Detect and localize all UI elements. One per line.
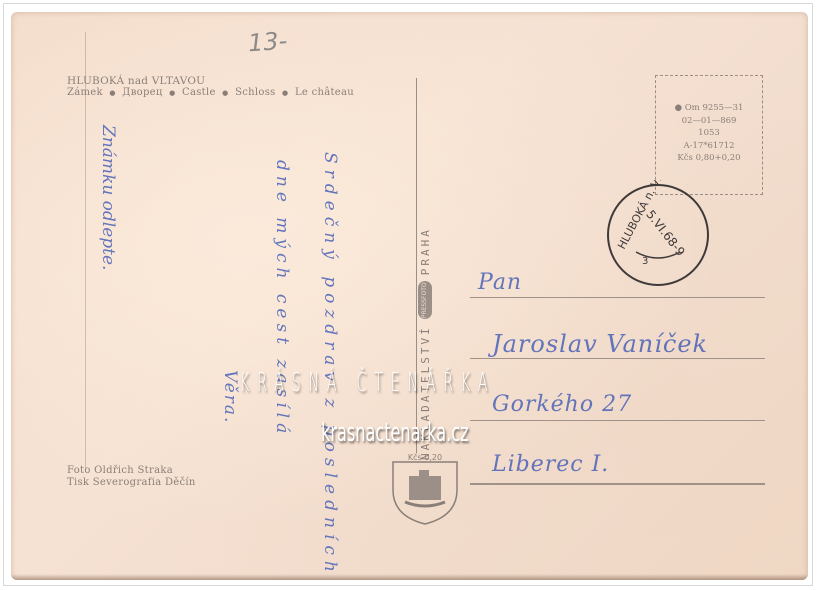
bullet-icon: ● xyxy=(109,89,115,97)
subtitle-item: Zámek xyxy=(67,87,103,98)
address-line xyxy=(470,297,765,298)
stamp-box: ● Om 9255—31 02—01—869 1053 A-17*61712 K… xyxy=(655,75,763,195)
watermark-url[interactable]: krasnactenarka.cz xyxy=(321,418,469,448)
address-line xyxy=(470,358,765,359)
photo-credits: Foto Oldřich Straka Tisk Severografia Dě… xyxy=(67,465,196,489)
tourism-emblem-icon: Kčs 0,20 xyxy=(385,448,465,528)
handwriting-message-line: Srdečný pozdrav z posledních xyxy=(320,152,340,578)
publisher-city: PRAHA xyxy=(419,227,432,275)
bullet-icon: ● xyxy=(222,89,228,97)
credit-print: Tisk Severografia Děčín xyxy=(67,477,196,489)
address-street: Gorkého 27 xyxy=(492,392,632,417)
credit-photo: Foto Oldřich Straka xyxy=(67,465,196,477)
subtitle-item: Schloss xyxy=(235,87,275,98)
bullet-icon: ● xyxy=(282,89,288,97)
stamp-line: 1053 xyxy=(656,127,762,140)
address-city: Liberec I. xyxy=(492,452,609,477)
postmark-icon: HLUBOKÁ n. VLTAVOU 5.VI.68-9 3 xyxy=(598,180,718,290)
stamp-line: A-17*61712 xyxy=(656,140,762,153)
address-salutation: Pan xyxy=(478,270,522,295)
handwriting-left-margin: Známku odlepte. xyxy=(98,125,118,270)
subtitle-item: Castle xyxy=(182,87,216,98)
printed-subtitle: Zámek ● Дворец ● Castle ● Schloss ● Le c… xyxy=(67,87,354,98)
watermark-title: KRÁSNÁ ČTENÁŘKA xyxy=(240,368,495,398)
address-line xyxy=(470,420,765,421)
address-line xyxy=(470,483,765,485)
stamp-line: 02—01—869 xyxy=(656,115,762,128)
emblem-value: Kčs 0,20 xyxy=(408,452,442,462)
bullet-icon: ● xyxy=(169,89,175,97)
stamp-line: ● Om 9255—31 xyxy=(656,102,762,115)
handwriting-signature: Věra. xyxy=(220,370,240,424)
printed-title: HLUBOKÁ nad VLTAVOU xyxy=(67,75,205,87)
subtitle-item: Дворец xyxy=(122,87,162,98)
postmark-number: 3 xyxy=(642,256,648,267)
address-name: Jaroslav Vaníček xyxy=(492,330,708,358)
pencil-note: 13- xyxy=(247,27,288,58)
postmark-date: 5.VI.68-9 xyxy=(643,207,687,258)
fold-crease xyxy=(85,32,86,472)
pressfoto-logo: PRESSFOTO xyxy=(418,281,432,319)
subtitle-item: Le château xyxy=(295,87,354,98)
stamp-line: Kčs 0,80+0,20 xyxy=(656,152,762,165)
